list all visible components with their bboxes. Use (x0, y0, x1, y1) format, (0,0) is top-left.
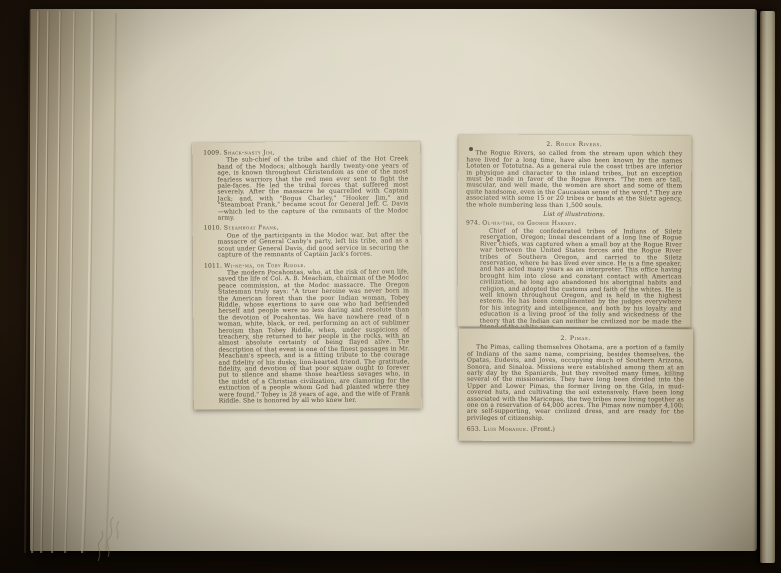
caption-luis-morague: 653. Luis Morague. (Front.) (467, 427, 684, 434)
facing-page-edge (760, 11, 775, 563)
caption-suffix: (Front.) (531, 426, 555, 433)
entry-title: Shack-nasty Jim, (223, 149, 274, 156)
entry-number: 1010. (204, 225, 222, 232)
entry-title: Ol-ha-the, or George Harney. (482, 220, 576, 227)
entry-number: 1011. (204, 262, 222, 269)
entry-body: The modern Pocahontas, who, at the risk … (218, 269, 410, 405)
catalog-entry-shacknasty-jim: 1009. Shack-nasty Jim, The sub-chief of … (203, 149, 408, 222)
entry-number: 974. (466, 220, 480, 227)
catalog-entry-olhathe: 974. Ol-ha-the, or George Harney. Chief … (466, 221, 682, 328)
entry-number: 653. (467, 426, 481, 433)
entry-body: Chief of the confederated tribes of Indi… (480, 228, 682, 327)
pimas-paragraph: The Pimas, calling themselves Ohotama, a… (467, 345, 684, 422)
section-heading-pimas: 2. Pimas. (467, 336, 684, 343)
catalog-entry-winema: 1011. Wi-ne-ma, or Toby Riddle. The mode… (204, 262, 410, 405)
entry-title: Luis Morague. (483, 426, 529, 433)
stacked-page-edges-icon (24, 7, 134, 555)
entry-body: The sub-chief of the tribe and chief of … (217, 157, 408, 222)
right-lower-clipping: 2. Pimas. The Pimas, calling themselves … (459, 329, 693, 442)
entry-title: Wi-ne-ma, or Toby Riddle. (224, 262, 306, 270)
album-page: 1009. Shack-nasty Jim, The sub-chief of … (30, 9, 757, 551)
right-upper-clipping: 2. Rogue Rivers. The Rogue Rivers, so ca… (458, 134, 692, 327)
page-gutter-shadow (30, 9, 150, 551)
pencil-annotation (88, 479, 124, 565)
rogue-rivers-intro: The Rogue Rivers, so called from the str… (466, 151, 682, 210)
entry-body: One of the participants in the Modoc war… (218, 232, 409, 259)
entry-number: 1009. (203, 150, 221, 157)
section-heading-rogue-rivers: 2. Rogue Rivers. (466, 142, 682, 149)
list-of-illustrations-heading: List of illustrations. (466, 212, 682, 219)
entry-title: Steamboat Frank, (224, 225, 279, 232)
album-photo: 1009. Shack-nasty Jim, The sub-chief of … (0, 0, 781, 573)
left-clipping: 1009. Shack-nasty Jim, The sub-chief of … (192, 141, 422, 409)
catalog-entry-steamboat-frank: 1010. Steamboat Frank, One of the partic… (204, 225, 409, 259)
